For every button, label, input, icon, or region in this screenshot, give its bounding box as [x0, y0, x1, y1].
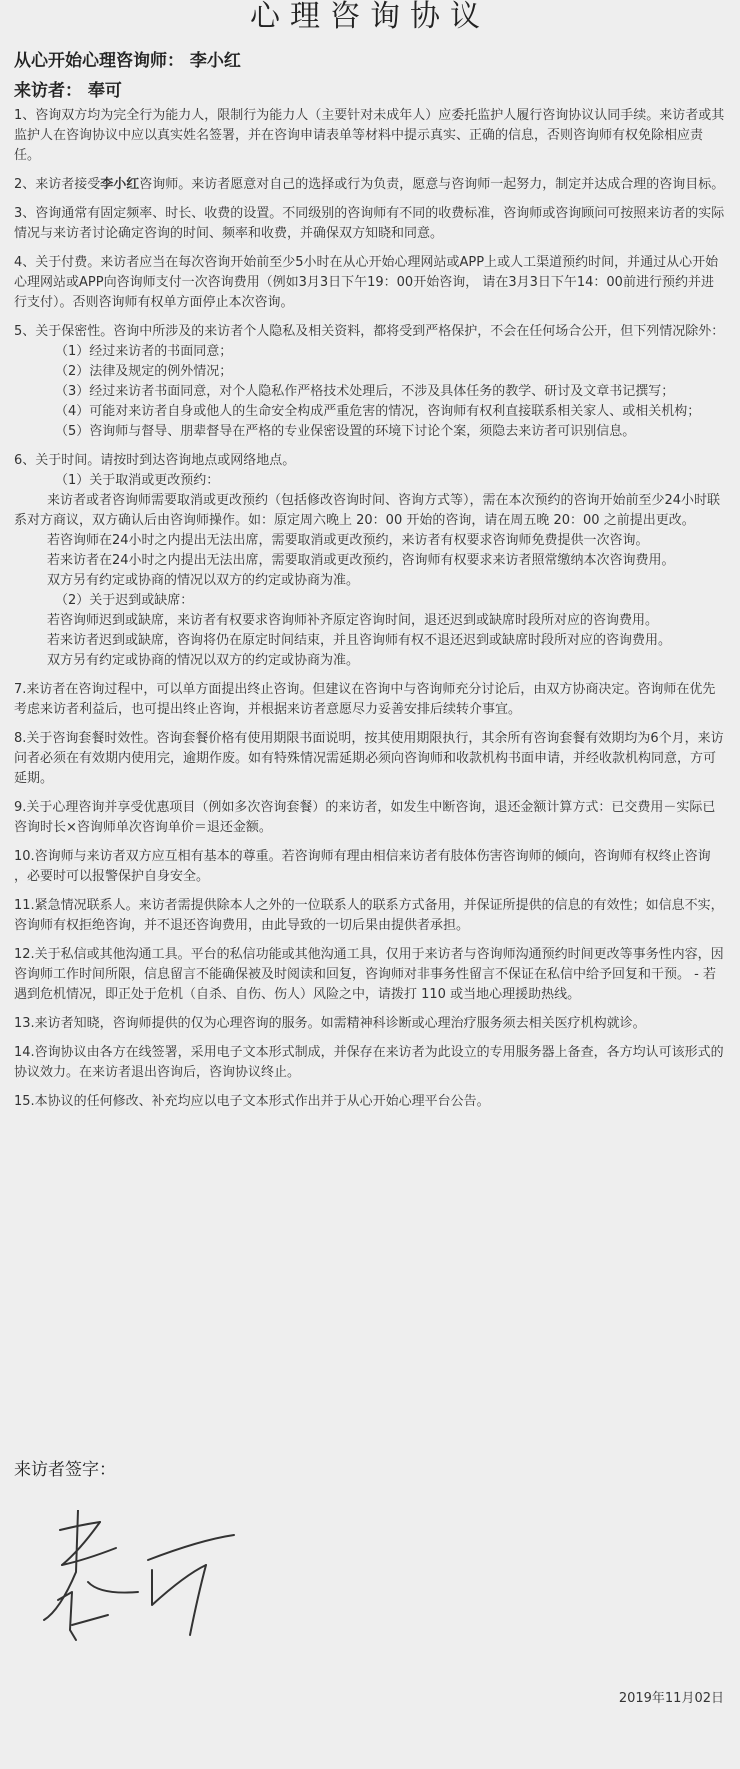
clause-7: 7.来访者在咨询过程中，可以单方面提出终止咨询。但建议在咨询中与咨询师充分讨论后… — [14, 680, 726, 720]
clause-text-pre: 2、来访者接受 — [14, 177, 100, 192]
clause-9: 9.关于心理咨询并享受优惠项目（例如多次咨询套餐）的来访者，如发生中断咨询，退还… — [14, 798, 726, 838]
clause-14: 14.咨询协议由各方在线签署，采用电子文本形式制成，并保存在来访者为此设立的专用… — [14, 1043, 726, 1083]
list-item: （1）经过来访者的书面同意； — [14, 342, 726, 362]
clause-5: 5、关于保密性。咨询中所涉及的来访者个人隐私及相关资料，都将受到严格保护，不会在… — [14, 322, 726, 442]
paragraph: 双方另有约定或协商的情况以双方的约定或协商为准。 — [14, 651, 726, 671]
clause-13: 13.来访者知晓，咨询师提供的仅为心理咨询的服务。如需精神科诊断或心理治疗服务须… — [14, 1014, 726, 1034]
clause-text: 9.关于心理咨询并享受优惠项目（例如多次咨询套餐）的来访者，如发生中断咨询，退还… — [14, 798, 726, 838]
list-item: （4）可能对来访者自身或他人的生命安全构成严重危害的情况，咨询师有权利直接联系相… — [14, 402, 726, 422]
client-line: 来访者： 奉可 — [14, 76, 122, 101]
clause-intro: 5、关于保密性。咨询中所涉及的来访者个人隐私及相关资料，都将受到严格保护，不会在… — [14, 322, 726, 342]
clause-11: 11.紧急情况联系人。来访者需提供除本人之外的一位联系人的联系方式备用，并保证所… — [14, 896, 726, 936]
clause-text: 10.咨询师与来访者双方应互相有基本的尊重。若咨询师有理由相信来访者有肢体伤害咨… — [14, 847, 726, 887]
document-title: 心理咨询协议 — [0, 0, 740, 34]
clause-text-post: 咨询师。来访者愿意对自己的选择或行为负责，愿意与咨询师一起努力，制定并达成合理的… — [139, 177, 724, 192]
handwritten-signature — [40, 1510, 270, 1660]
clause-text: 3、咨询通常有固定频率、时长、收费的设置。不同级别的咨询师有不同的收费标准，咨询… — [14, 204, 726, 244]
list-item: （5）咨询师与督导、朋辈督导在严格的专业保密设置的环境下讨论个案，须隐去来访者可… — [14, 422, 726, 442]
clause-text: 2、来访者接受李小红咨询师。来访者愿意对自己的选择或行为负责，愿意与咨询师一起努… — [14, 175, 726, 195]
paragraph: 若来访者迟到或缺席，咨询将仍在原定时间结束，并且咨询师有权不退还迟到或缺席时段所… — [14, 631, 726, 651]
clause-15: 15.本协议的任何修改、补充均应以电子文本形式作出并于从心开始心理平台公告。 — [14, 1092, 726, 1112]
clause-12: 12.关于私信或其他沟通工具。平台的私信功能或其他沟通工具，仅用于来访者与咨询师… — [14, 945, 726, 1005]
clause-6: 6、关于时间。请按时到达咨询地点或网络地点。 （1）关于取消或更改预约： 来访者… — [14, 451, 726, 671]
signature-date: 2019年11月02日 — [619, 1687, 724, 1706]
list-item: （3）经过来访者书面同意，对个人隐私作严格技术处理后，不涉及具体任务的教学、研讨… — [14, 382, 726, 402]
clause-text: 11.紧急情况联系人。来访者需提供除本人之外的一位联系人的联系方式备用，并保证所… — [14, 896, 726, 936]
paragraph: 若咨询师迟到或缺席，来访者有权要求咨询师补齐原定咨询时间，退还迟到或缺席时段所对… — [14, 611, 726, 631]
paragraph: 若来访者在24小时之内提出无法出席，需要取消或更改预约，咨询师有权要求来访者照常… — [14, 551, 726, 571]
clause-text: 8.关于咨询套餐时效性。咨询套餐价格有使用期限书面说明，按其使用期限执行，其余所… — [14, 729, 726, 789]
clause-text: 14.咨询协议由各方在线签署，采用电子文本形式制成，并保存在来访者为此设立的专用… — [14, 1043, 726, 1083]
paragraph: 来访者或者咨询师需要取消或更改预约（包括修改咨询时间、咨询方式等），需在本次预约… — [14, 491, 726, 531]
clause-10: 10.咨询师与来访者双方应互相有基本的尊重。若咨询师有理由相信来访者有肢体伤害咨… — [14, 847, 726, 887]
clause-intro: 6、关于时间。请按时到达咨询地点或网络地点。 — [14, 451, 726, 471]
clause-text: 12.关于私信或其他沟通工具。平台的私信功能或其他沟通工具，仅用于来访者与咨询师… — [14, 945, 726, 1005]
clause-text: 1、咨询双方均为完全行为能力人，限制行为能力人（主要针对未成年人）应委托监护人履… — [14, 106, 726, 166]
clause-4: 4、关于付费。来访者应当在每次咨询开始前至少5小时在从心开始心理网站或APP上或… — [14, 253, 726, 313]
paragraph: 若咨询师在24小时之内提出无法出席，需要取消或更改预约，来访者有权要求咨询师免费… — [14, 531, 726, 551]
counselor-line: 从心开始心理咨询师： 李小红 — [14, 46, 241, 71]
clause-3: 3、咨询通常有固定频率、时长、收费的设置。不同级别的咨询师有不同的收费标准，咨询… — [14, 204, 726, 244]
clause-8: 8.关于咨询套餐时效性。咨询套餐价格有使用期限书面说明，按其使用期限执行，其余所… — [14, 729, 726, 789]
clause-1: 1、咨询双方均为完全行为能力人，限制行为能力人（主要针对未成年人）应委托监护人履… — [14, 106, 726, 166]
agreement-page: 心理咨询协议 从心开始心理咨询师： 李小红 来访者： 奉可 1、咨询双方均为完全… — [0, 0, 740, 1769]
subsection-title: （2）关于迟到或缺席： — [14, 591, 726, 611]
subsection-title: （1）关于取消或更改预约： — [14, 471, 726, 491]
clause-text: 7.来访者在咨询过程中，可以单方面提出终止咨询。但建议在咨询中与咨询师充分讨论后… — [14, 680, 726, 720]
clause-text: 13.来访者知晓，咨询师提供的仅为心理咨询的服务。如需精神科诊断或心理治疗服务须… — [14, 1014, 726, 1034]
clause-2: 2、来访者接受李小红咨询师。来访者愿意对自己的选择或行为负责，愿意与咨询师一起努… — [14, 175, 726, 195]
signature-label: 来访者签字： — [14, 1455, 116, 1480]
clause-list: 1、咨询双方均为完全行为能力人，限制行为能力人（主要针对未成年人）应委托监护人履… — [14, 106, 726, 1121]
list-item: （2）法律及规定的例外情况； — [14, 362, 726, 382]
paragraph: 双方另有约定或协商的情况以双方的约定或协商为准。 — [14, 571, 726, 591]
counselor-name: 李小红 — [100, 177, 139, 192]
clause-text: 4、关于付费。来访者应当在每次咨询开始前至少5小时在从心开始心理网站或APP上或… — [14, 253, 726, 313]
clause-text: 15.本协议的任何修改、补充均应以电子文本形式作出并于从心开始心理平台公告。 — [14, 1092, 726, 1112]
